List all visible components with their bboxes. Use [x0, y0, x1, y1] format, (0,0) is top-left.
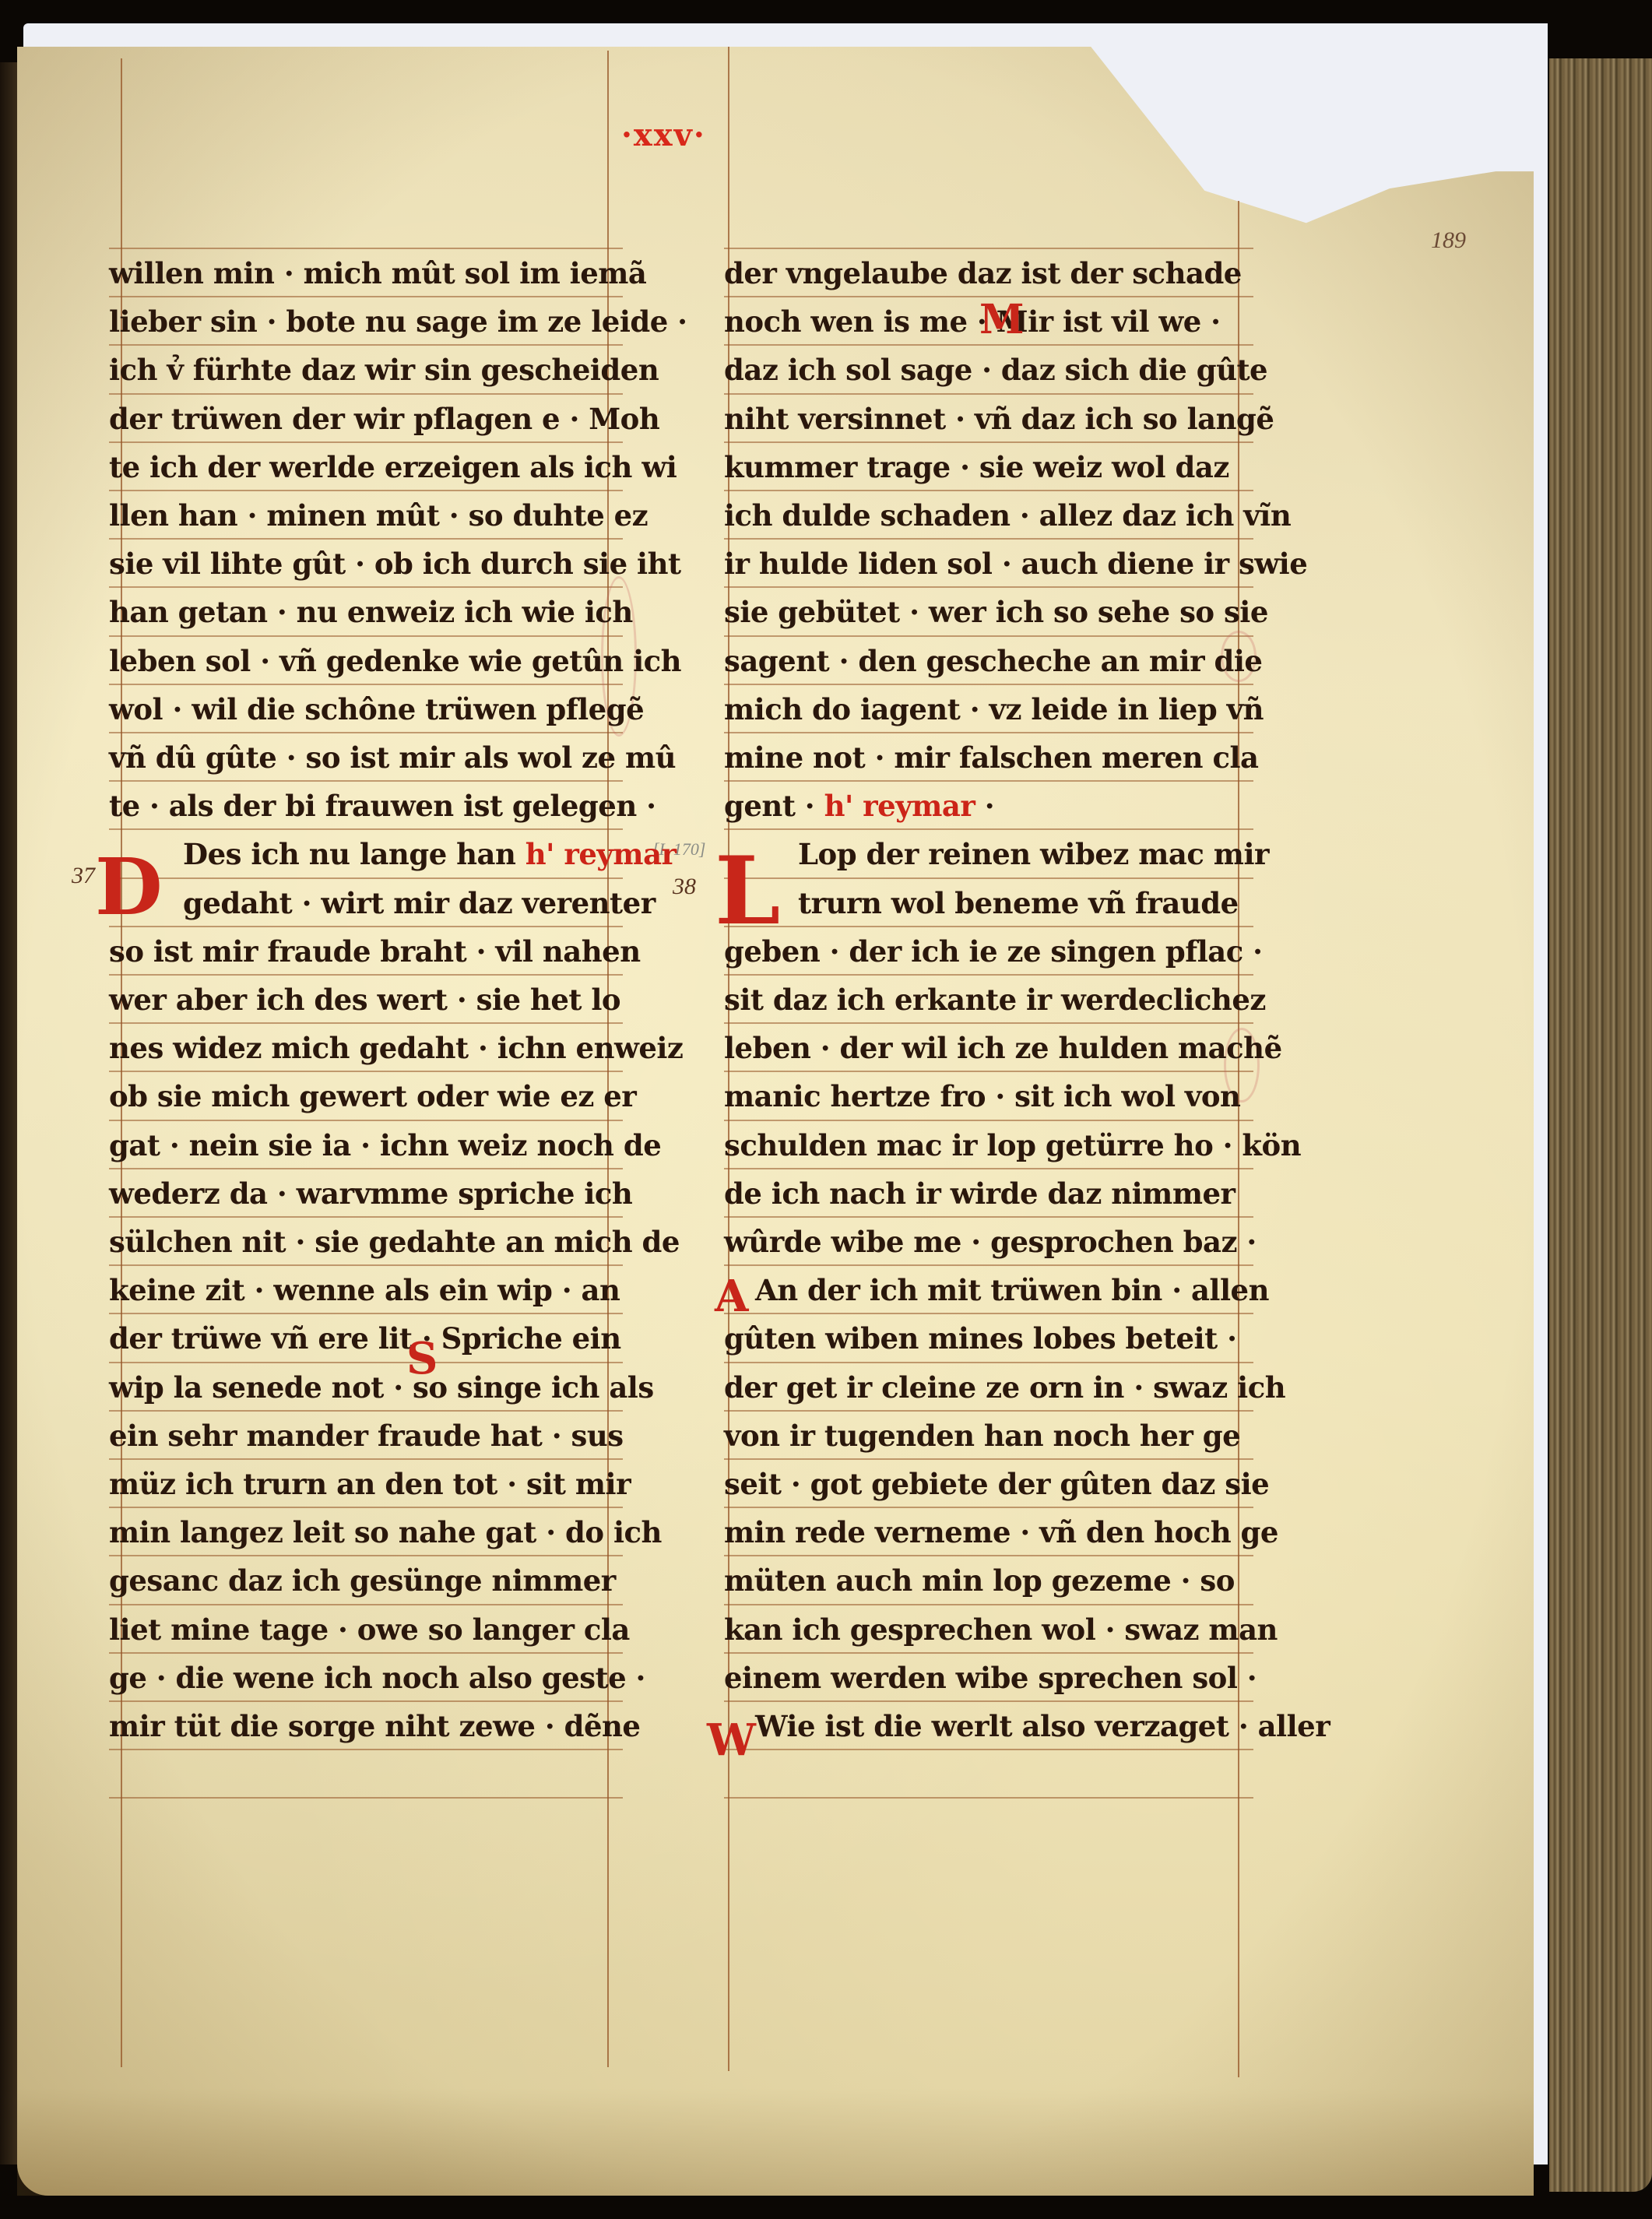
manuscript-line: der get ir cleine ze orn in · swaz ich [724, 1363, 1285, 1412]
manuscript-line: mir tüt die sorge niht zewe · dẽne [109, 1702, 640, 1750]
manuscript-line: vñ dû gûte · so ist mir als wol ze mû [109, 733, 676, 782]
manuscript-line: llen han · minen mût · so duhte ez [109, 491, 648, 540]
manuscript-line: willen min · mich mût sol im iemã [109, 249, 646, 297]
manuscript-line: schulden mac ir lop getürre ho · kön [724, 1121, 1301, 1169]
gutter-shadow [0, 62, 17, 2164]
manuscript-line: keine zit · wenne als ein wip · an [109, 1266, 620, 1314]
manuscript-line: noch wen is me · Mir ist vil we · [724, 297, 1221, 346]
manuscript-line: min rede verneme · vñ den hoch ge [724, 1508, 1278, 1556]
rubric-author-name: h' reymar [824, 789, 975, 823]
manuscript-line: wederz da · warvmme spriche ich [109, 1169, 632, 1218]
manuscript-line: te · als der bi frauwen ist gelegen · [109, 782, 656, 830]
manuscript-line: lieber sin · bote nu sage im ze leide · [109, 297, 687, 346]
manuscript-line: geben · der ich ie ze singen pflac · [724, 927, 1263, 976]
manuscript-line: ir hulde liden sol · auch diene ir swie [724, 540, 1307, 588]
initial-d: D [95, 841, 163, 933]
manuscript-line: manic hertze fro · sit ich wol von [724, 1072, 1240, 1120]
rubric-author-name: h' reymar [525, 837, 677, 871]
manuscript-line: gat · nein sie ia · ichn weiz noch de [109, 1121, 661, 1169]
initial-l: L [715, 836, 780, 946]
book-page-edges [1549, 58, 1652, 2192]
manuscript-line: gûten wiben mines lobes beteit · [724, 1314, 1236, 1363]
manuscript-line: ein sehr mander fraude hat · sus [109, 1412, 624, 1460]
manuscript-line: te ich der werlde erzeigen als ich wi [109, 443, 677, 491]
manuscript-line: sagent · den gescheche an mir die [724, 637, 1262, 685]
manuscript-line: gedaht · wirt mir daz verenter [183, 879, 656, 927]
manuscript-line: Wie ist die werlt also verzaget · aller [755, 1702, 1330, 1750]
manuscript-line: Des ich nu lange han h' reymar [183, 830, 677, 878]
manuscript-line: ich dulde schaden · allez daz ich vĩn [724, 491, 1291, 540]
manuscript-line: seit · got gebiete der gûten daz sie [724, 1460, 1269, 1508]
manuscript-line: min langez leit so nahe gat · do ich [109, 1508, 662, 1556]
manuscript-line: trurn wol beneme vñ fraude [798, 879, 1239, 927]
manuscript-line: nes widez mich gedaht · ichn enweiz [109, 1024, 683, 1072]
folio-number: 189 [1431, 227, 1466, 254]
initial-w: W [707, 1714, 756, 1766]
ruling-line [109, 1797, 623, 1799]
initial-a: A [715, 1271, 748, 1322]
manuscript-line: gent · h' reymar · [724, 782, 994, 830]
manuscript-line: Lop der reinen wibez mac mir [798, 830, 1269, 878]
manuscript-line: sie vil lihte gût · ob ich durch sie iht [109, 540, 681, 588]
manuscript-line: de ich nach ir wirde daz nimmer [724, 1169, 1235, 1218]
manuscript-line: sit daz ich erkante ir werdeclichez [724, 976, 1266, 1024]
manuscript-line: der trüwen der wir pflagen e · Moh [109, 395, 659, 443]
manuscript-line: wer aber ich des wert · sie het lo [109, 976, 620, 1024]
manuscript-line: mich do iagent · vz leide in liep vñ [724, 685, 1264, 733]
manuscript-line: wûrde wibe me · gesprochen baz · [724, 1218, 1257, 1266]
manuscript-line: der vngelaube daz ist der schade [724, 249, 1242, 297]
manuscript-line: ich v̉ fürhte daz wir sin gescheiden [109, 346, 659, 394]
running-header-rubric: ·xxv· [621, 117, 706, 153]
initial-s: S [406, 1333, 438, 1384]
manuscript-line: ob sie mich gewert oder wie ez er [109, 1072, 636, 1120]
left-text-column: willen min · mich mût sol im iemãlieber … [109, 249, 623, 1775]
manuscript-line: leben · der wil ich ze hulden machẽ [724, 1024, 1282, 1072]
manuscript-line: kan ich gesprechen wol · swaz man [724, 1605, 1278, 1654]
manuscript-line: sie gebütet · wer ich so sehe so sie [724, 588, 1268, 636]
manuscript-line: liet mine tage · owe so langer cla [109, 1605, 630, 1654]
manuscript-line: mine not · mir falschen meren cla [724, 733, 1259, 782]
ruling-line [724, 1797, 1253, 1799]
manuscript-line: so ist mir fraude braht · vil nahen [109, 927, 641, 976]
right-text-column: der vngelaube daz ist der schadenoch wen… [724, 249, 1246, 1775]
manuscript-line: wol · wil die schône trüwen pflegẽ [109, 685, 644, 733]
manuscript-line: müz ich trurn an den tot · sit mir [109, 1460, 631, 1508]
manuscript-line: von ir tugenden han noch her ge [724, 1412, 1240, 1460]
manuscript-line: müten auch min lop gezeme · so [724, 1556, 1235, 1605]
initial-m: M [979, 296, 1025, 343]
manuscript-line: der trüwe vñ ere lit · Spriche ein [109, 1314, 621, 1363]
manuscript-line: An der ich mit trüwen bin · allen [755, 1266, 1269, 1314]
manuscript-line: niht versinnet · vñ daz ich so langẽ [724, 395, 1274, 443]
manuscript-line: leben sol · vñ gedenke wie getûn ich [109, 637, 681, 685]
stanza-number-left: 37 [72, 863, 95, 889]
manuscript-line: wip la senede not · so singe ich als [109, 1363, 654, 1412]
manuscript-line: han getan · nu enweiz ich wie ich [109, 588, 633, 636]
manuscript-line: daz ich sol sage · daz sich die gûte [724, 346, 1267, 394]
manuscript-line: ge · die wene ich noch also geste · [109, 1654, 645, 1702]
manuscript-line: gesanc daz ich gesünge nimmer [109, 1556, 616, 1605]
manuscript-line: kummer trage · sie weiz wol daz [724, 443, 1229, 491]
manuscript-line: einem werden wibe sprechen sol · [724, 1654, 1257, 1702]
manuscript-line: sülchen nit · sie gedahte an mich de [109, 1218, 680, 1266]
